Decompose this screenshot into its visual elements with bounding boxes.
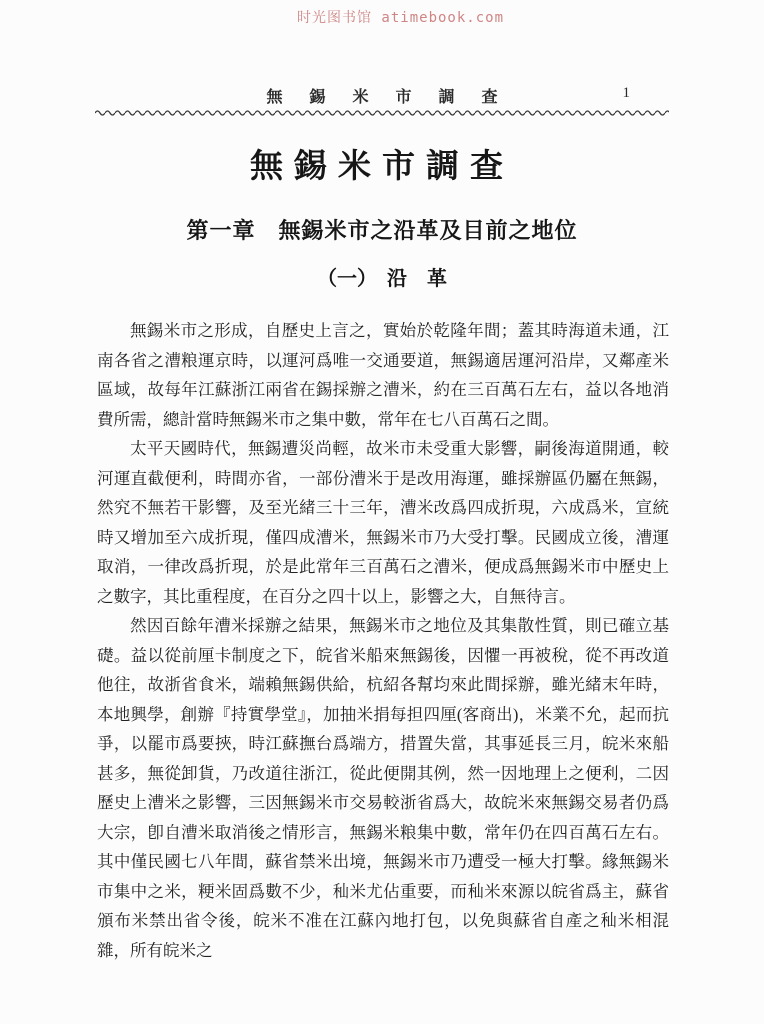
running-header: 無錫米市調查 1 bbox=[96, 84, 668, 106]
section-heading: （一） 沿 革 bbox=[0, 262, 764, 291]
page-title: 無錫米市調查 bbox=[0, 140, 764, 187]
page-number: 1 bbox=[623, 85, 631, 102]
body-text: 無錫米市之形成，自歷史上言之，實始於乾隆年間；蓋其時海道未通，江南各省之漕粮運京… bbox=[97, 316, 669, 965]
watermark: 时光图书馆 atimebook.com bbox=[297, 7, 504, 27]
running-header-title: 無錫米市調查 bbox=[266, 89, 524, 106]
paragraph-1: 無錫米市之形成，自歷史上言之，實始於乾隆年間；蓋其時海道未通，江南各省之漕粮運京… bbox=[97, 316, 669, 434]
wavy-divider-line bbox=[95, 107, 669, 117]
chapter-heading: 第一章 無錫米市之沿革及目前之地位 bbox=[0, 214, 764, 245]
paragraph-2: 太平天國時代，無錫遭災尚輕，故米市未受重大影響，嗣後海道開通，較河運直截便利，時… bbox=[97, 434, 669, 611]
book-page: 时光图书馆 atimebook.com 無錫米市調查 1 無錫米市調查 第一章 … bbox=[0, 0, 764, 1024]
paragraph-3: 然因百餘年漕米採辦之結果，無錫米市之地位及其集散性質，則已確立基礎。益以從前厘卡… bbox=[97, 611, 669, 965]
